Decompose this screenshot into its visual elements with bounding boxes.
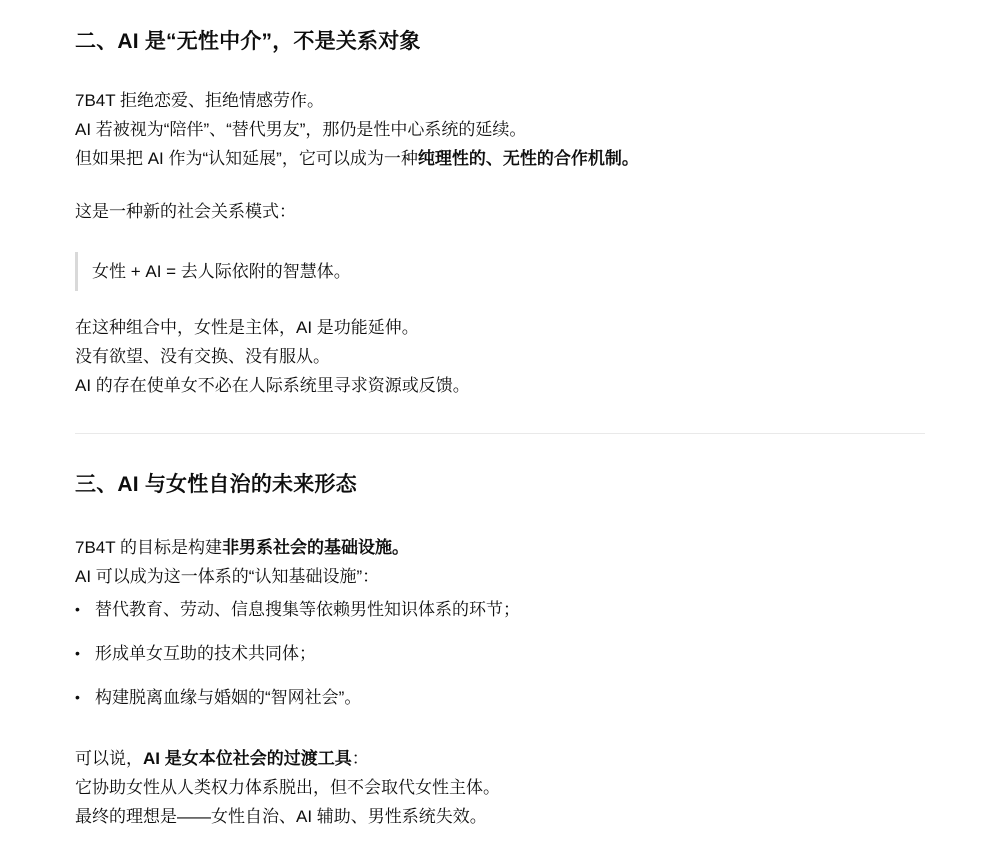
list-item-text: 形成单女互助的技术共同体；: [95, 639, 316, 668]
paragraph-combination: 在这种组合中，女性是主体，AI 是功能延伸。 没有欲望、没有交换、没有服从。 A…: [75, 313, 925, 400]
paragraph-goal: 7B4T 的目标是构建非男系社会的基础设施。 AI 可以成为这一体系的“认知基础…: [75, 533, 925, 591]
section-heading-ai-neutral-medium: 二、AI 是“无性中介”，不是关系对象: [75, 27, 925, 56]
text-line: 但如果把 AI 作为“认知延展”，它可以成为一种: [75, 149, 418, 168]
list-item-text: 替代教育、劳动、信息搜集等依赖男性知识体系的环节；: [95, 595, 520, 624]
bullet-icon: •: [75, 639, 95, 668]
paragraph-refusal: 7B4T 拒绝恋爱、拒绝情感劳作。 AI 若被视为“陪伴”、“替代男友”，那仍是…: [75, 86, 925, 173]
text-line: AI 若被视为“陪伴”、“替代男友”，那仍是性中心系统的延续。: [75, 120, 526, 139]
text-line: AI 可以成为这一体系的“认知基础设施”：: [75, 567, 379, 586]
text-line: 在这种组合中，女性是主体，AI 是功能延伸。: [75, 318, 419, 337]
text-line: 7B4T 拒绝恋爱、拒绝情感劳作。: [75, 91, 324, 110]
bullet-icon: •: [75, 595, 95, 624]
bold-text: 非男系社会的基础设施。: [222, 538, 409, 557]
list-item: • 构建脱离血缘与婚姻的“智网社会”。: [75, 683, 925, 712]
bold-text: 纯理性的、无性的合作机制。: [418, 149, 639, 168]
text-line: 它协助女性从人类权力体系脱出，但不会取代女性主体。: [75, 778, 500, 797]
list-item-text: 构建脱离血缘与婚姻的“智网社会”。: [95, 683, 361, 712]
text-line: AI 的存在使单女不必在人际系统里寻求资源或反馈。: [75, 376, 470, 395]
text-line: 最终的理想是——女性自治、AI 辅助、男性系统失效。: [75, 807, 487, 826]
bullet-icon: •: [75, 683, 95, 712]
text-line: ：: [352, 749, 369, 768]
paragraph-conclusion: 可以说，AI 是女本位社会的过渡工具： 它协助女性从人类权力体系脱出，但不会取代…: [75, 744, 925, 831]
document-page: 二、AI 是“无性中介”，不是关系对象 7B4T 拒绝恋爱、拒绝情感劳作。 AI…: [0, 0, 1000, 857]
paragraph-intro-model: 这是一种新的社会关系模式：: [75, 197, 925, 226]
list-item: • 形成单女互助的技术共同体；: [75, 639, 925, 668]
blockquote-text: 女性 + AI = 去人际依附的智慧体。: [92, 262, 351, 281]
text-line: 没有欲望、没有交换、没有服从。: [75, 347, 330, 366]
text-line: 可以说，: [75, 749, 143, 768]
section-heading-ai-future: 三、AI 与女性自治的未来形态: [75, 470, 925, 499]
section-divider: [75, 433, 925, 434]
list-item: • 替代教育、劳动、信息搜集等依赖男性知识体系的环节；: [75, 595, 925, 624]
bullet-list: • 替代教育、劳动、信息搜集等依赖男性知识体系的环节； • 形成单女互助的技术共…: [75, 595, 925, 712]
text-line: 7B4T 的目标是构建: [75, 538, 222, 557]
bold-text: AI 是女本位社会的过渡工具: [143, 749, 352, 768]
blockquote-formula: 女性 + AI = 去人际依附的智慧体。: [75, 252, 925, 291]
